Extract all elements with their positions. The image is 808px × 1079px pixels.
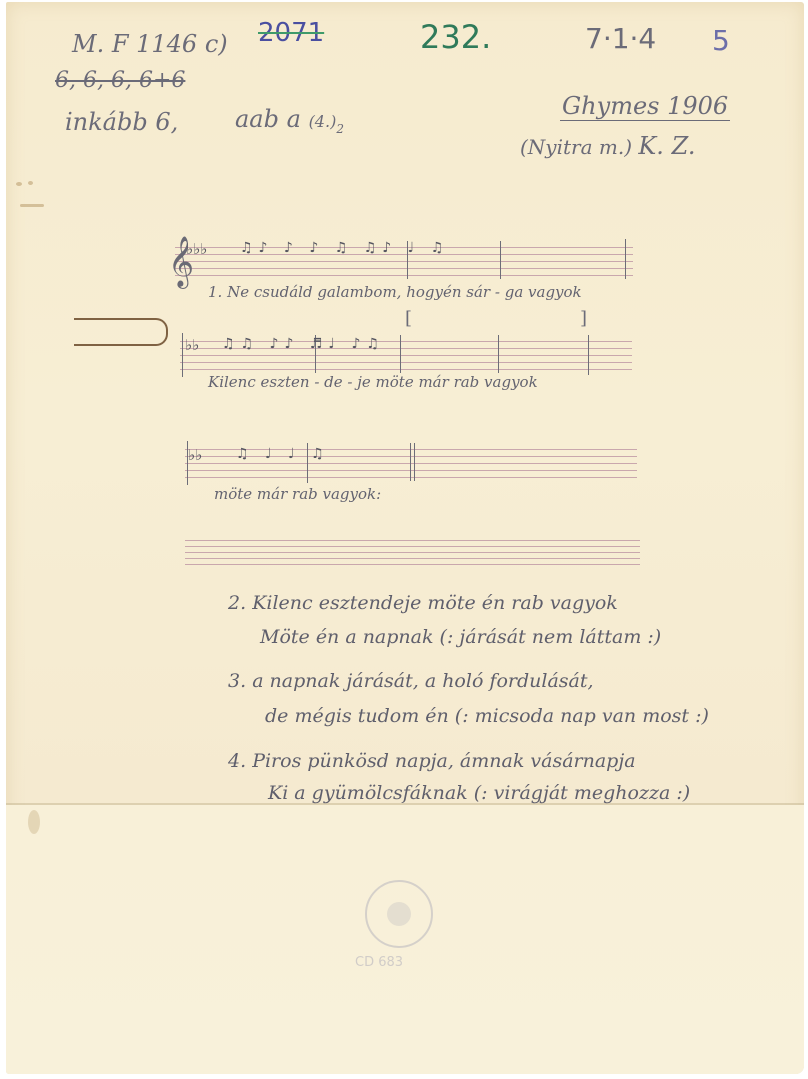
lyrics-line-2: Kilenc eszten - de - je möte már rab vag…	[208, 373, 538, 391]
region: (Nyitra m.)	[520, 135, 632, 159]
verse-2-line-2: Möte én a napnak (: járását nem láttam :…	[260, 626, 661, 648]
verse-3-line-1: 3. a napnak járását, a holó fordulását,	[228, 670, 594, 692]
old-number-struck: 2071	[258, 18, 324, 48]
catalog-number: M. F 1146 c)	[72, 30, 228, 58]
music-staff-empty	[185, 538, 640, 568]
key-signature-flats: ♭♭	[188, 446, 202, 464]
syllable-count-struck: 6, 6, 6, 6+6	[55, 68, 185, 93]
bracket-open: [	[405, 308, 412, 329]
paper-clip-rust-mark	[74, 318, 168, 346]
form-scheme: aab a (4.)2	[235, 105, 344, 136]
green-number: 232.	[420, 18, 491, 56]
form-note: (4.)	[309, 112, 337, 131]
verse-4-line-2: Ki a gyümölcsfáknak (: virágját meghozza…	[268, 782, 690, 804]
lyrics-line-1: 1. Ne csudáld galambom, hogyén sár - ga …	[208, 283, 582, 301]
verse-3-line-2: de mégis tudom én (: micsoda nap van mos…	[265, 705, 709, 727]
classification-suffix: 5	[712, 24, 730, 57]
key-signature-flats: ♭♭♭	[186, 240, 207, 258]
verse-4-line-1: 4. Piros pünkösd napja, ámnak vásárnapja	[228, 750, 636, 772]
stain	[28, 810, 40, 834]
notes-staff-1: ♫♪ ♪ ♪ ♫ ♫♪ ♩ ♫	[240, 240, 449, 256]
form-letters: aab a	[235, 105, 301, 133]
verse-number: 4.	[228, 750, 246, 772]
region-collector: (Nyitra m.) K. Z.	[520, 132, 695, 160]
verse-number: 2.	[228, 592, 246, 614]
notes-staff-2: ♫♫ ♪♪ ♬♩ ♪♫	[222, 336, 385, 352]
stain	[28, 181, 33, 185]
stain	[16, 182, 22, 186]
place-and-year: Ghymes 1906	[560, 92, 730, 121]
classification-number: 7·1·4	[585, 22, 656, 55]
lyrics-line-3: möte már rab vagyok:	[214, 485, 381, 503]
verse-number: 3.	[228, 670, 246, 692]
verse-2-line-1: 2. Kilenc esztendeje möte én rab vagyok	[228, 592, 618, 614]
form-subscript: 2	[336, 122, 344, 136]
notes-staff-3: ♫ ♩ ♩ ♫	[236, 446, 330, 462]
stain	[20, 204, 44, 207]
key-signature-flats: ♭♭	[185, 336, 199, 354]
stamp-number: CD 683	[355, 955, 403, 970]
bracket-close: ]	[580, 308, 587, 329]
collector-initials: K. Z.	[638, 132, 695, 160]
archive-stamp-icon	[365, 880, 433, 948]
syllable-correction: inkább 6,	[65, 108, 178, 136]
